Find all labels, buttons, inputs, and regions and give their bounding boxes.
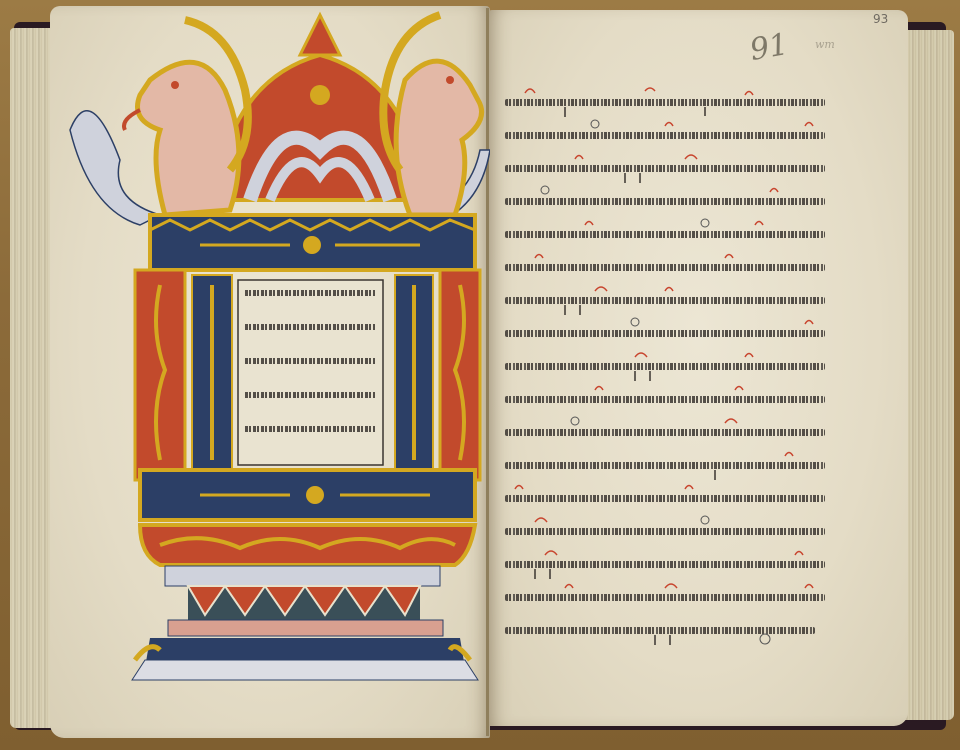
script-line <box>505 448 825 481</box>
script-line <box>245 426 375 432</box>
script-line <box>505 481 825 514</box>
script-line <box>505 217 825 250</box>
script-line <box>505 613 825 646</box>
margin-note: wm <box>815 38 835 51</box>
panel-script-text <box>245 290 375 460</box>
manuscript-text-block <box>505 85 825 646</box>
script-line <box>505 580 825 613</box>
script-line <box>505 514 825 547</box>
script-line <box>505 118 825 151</box>
script-line <box>505 85 825 118</box>
folio-mark: 91 <box>747 27 791 68</box>
script-line <box>505 250 825 283</box>
page-number: 93 <box>873 12 888 26</box>
script-line <box>505 547 825 580</box>
script-line <box>505 382 825 415</box>
script-line <box>245 324 375 330</box>
script-line <box>505 349 825 382</box>
script-line <box>245 392 375 398</box>
script-line <box>505 415 825 448</box>
script-line <box>505 151 825 184</box>
script-line <box>245 358 375 364</box>
script-line <box>505 184 825 217</box>
script-line <box>505 283 825 316</box>
script-line <box>505 316 825 349</box>
script-line <box>245 290 375 296</box>
